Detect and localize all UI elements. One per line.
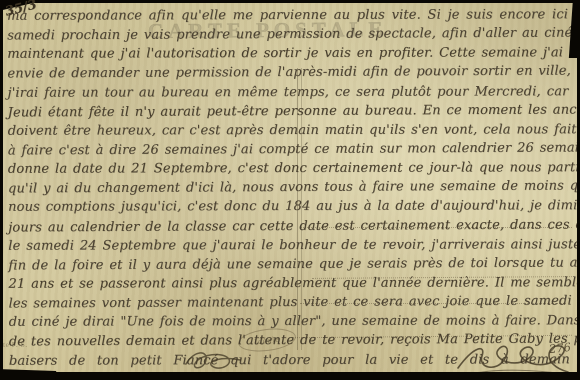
letter-line: maintenant que j'ai l'autorisation de so…: [7, 44, 568, 65]
letter-line: jours au calendrier de la classe car cet…: [8, 215, 569, 237]
letter-line: envie de demander une permission de l'ap…: [7, 62, 568, 84]
letter-line: 21 ans et se passeront ainsi plus agréab…: [8, 273, 569, 294]
letter-line: nous comptions jusqu'ici, c'est donc du …: [8, 197, 569, 218]
scan-edge-bottom: [0, 372, 580, 380]
scan-edge-corner-bottom-left: [0, 369, 56, 380]
letter-line: fin de la foire et il y aura déjà une se…: [8, 253, 569, 275]
letter-line: ma correspondance afin qu'elle me parvie…: [7, 5, 568, 26]
letter-line: le samedi 24 Septembre que j'aurai le bo…: [8, 235, 569, 256]
handwritten-letter: ma correspondance afin qu'elle me parvie…: [7, 5, 570, 372]
letter-line: j'irai faire un tour au bureau en même t…: [7, 82, 568, 103]
letter-line: du ciné je dirai "Une fois de moins à y …: [9, 312, 570, 333]
scan-edge-left: [0, 0, 3, 380]
scan-edge-corner-top-right: [569, 0, 580, 58]
letter-line: Jeudi étant fête il n'y aurait peut-être…: [8, 100, 569, 122]
letter-line: les semaines vont passer maintenant plus…: [9, 292, 570, 314]
postcard-scan: CARTE POSTALE ma correspondance afin qu'…: [0, 0, 580, 380]
scan-edge-top: [0, 0, 580, 3]
fiance-paraph-flourish: [182, 348, 246, 374]
letter-line: doivent être heureux, car c'est après de…: [8, 120, 569, 141]
page-number: 276: [548, 340, 571, 356]
letter-line: à faire c'est à dire 26 semaines j'ai co…: [8, 139, 569, 161]
letter-line: donne la date du 21 Septembre, c'est don…: [8, 158, 569, 179]
letter-line: samedi prochain je vais prendre une perm…: [7, 24, 568, 46]
